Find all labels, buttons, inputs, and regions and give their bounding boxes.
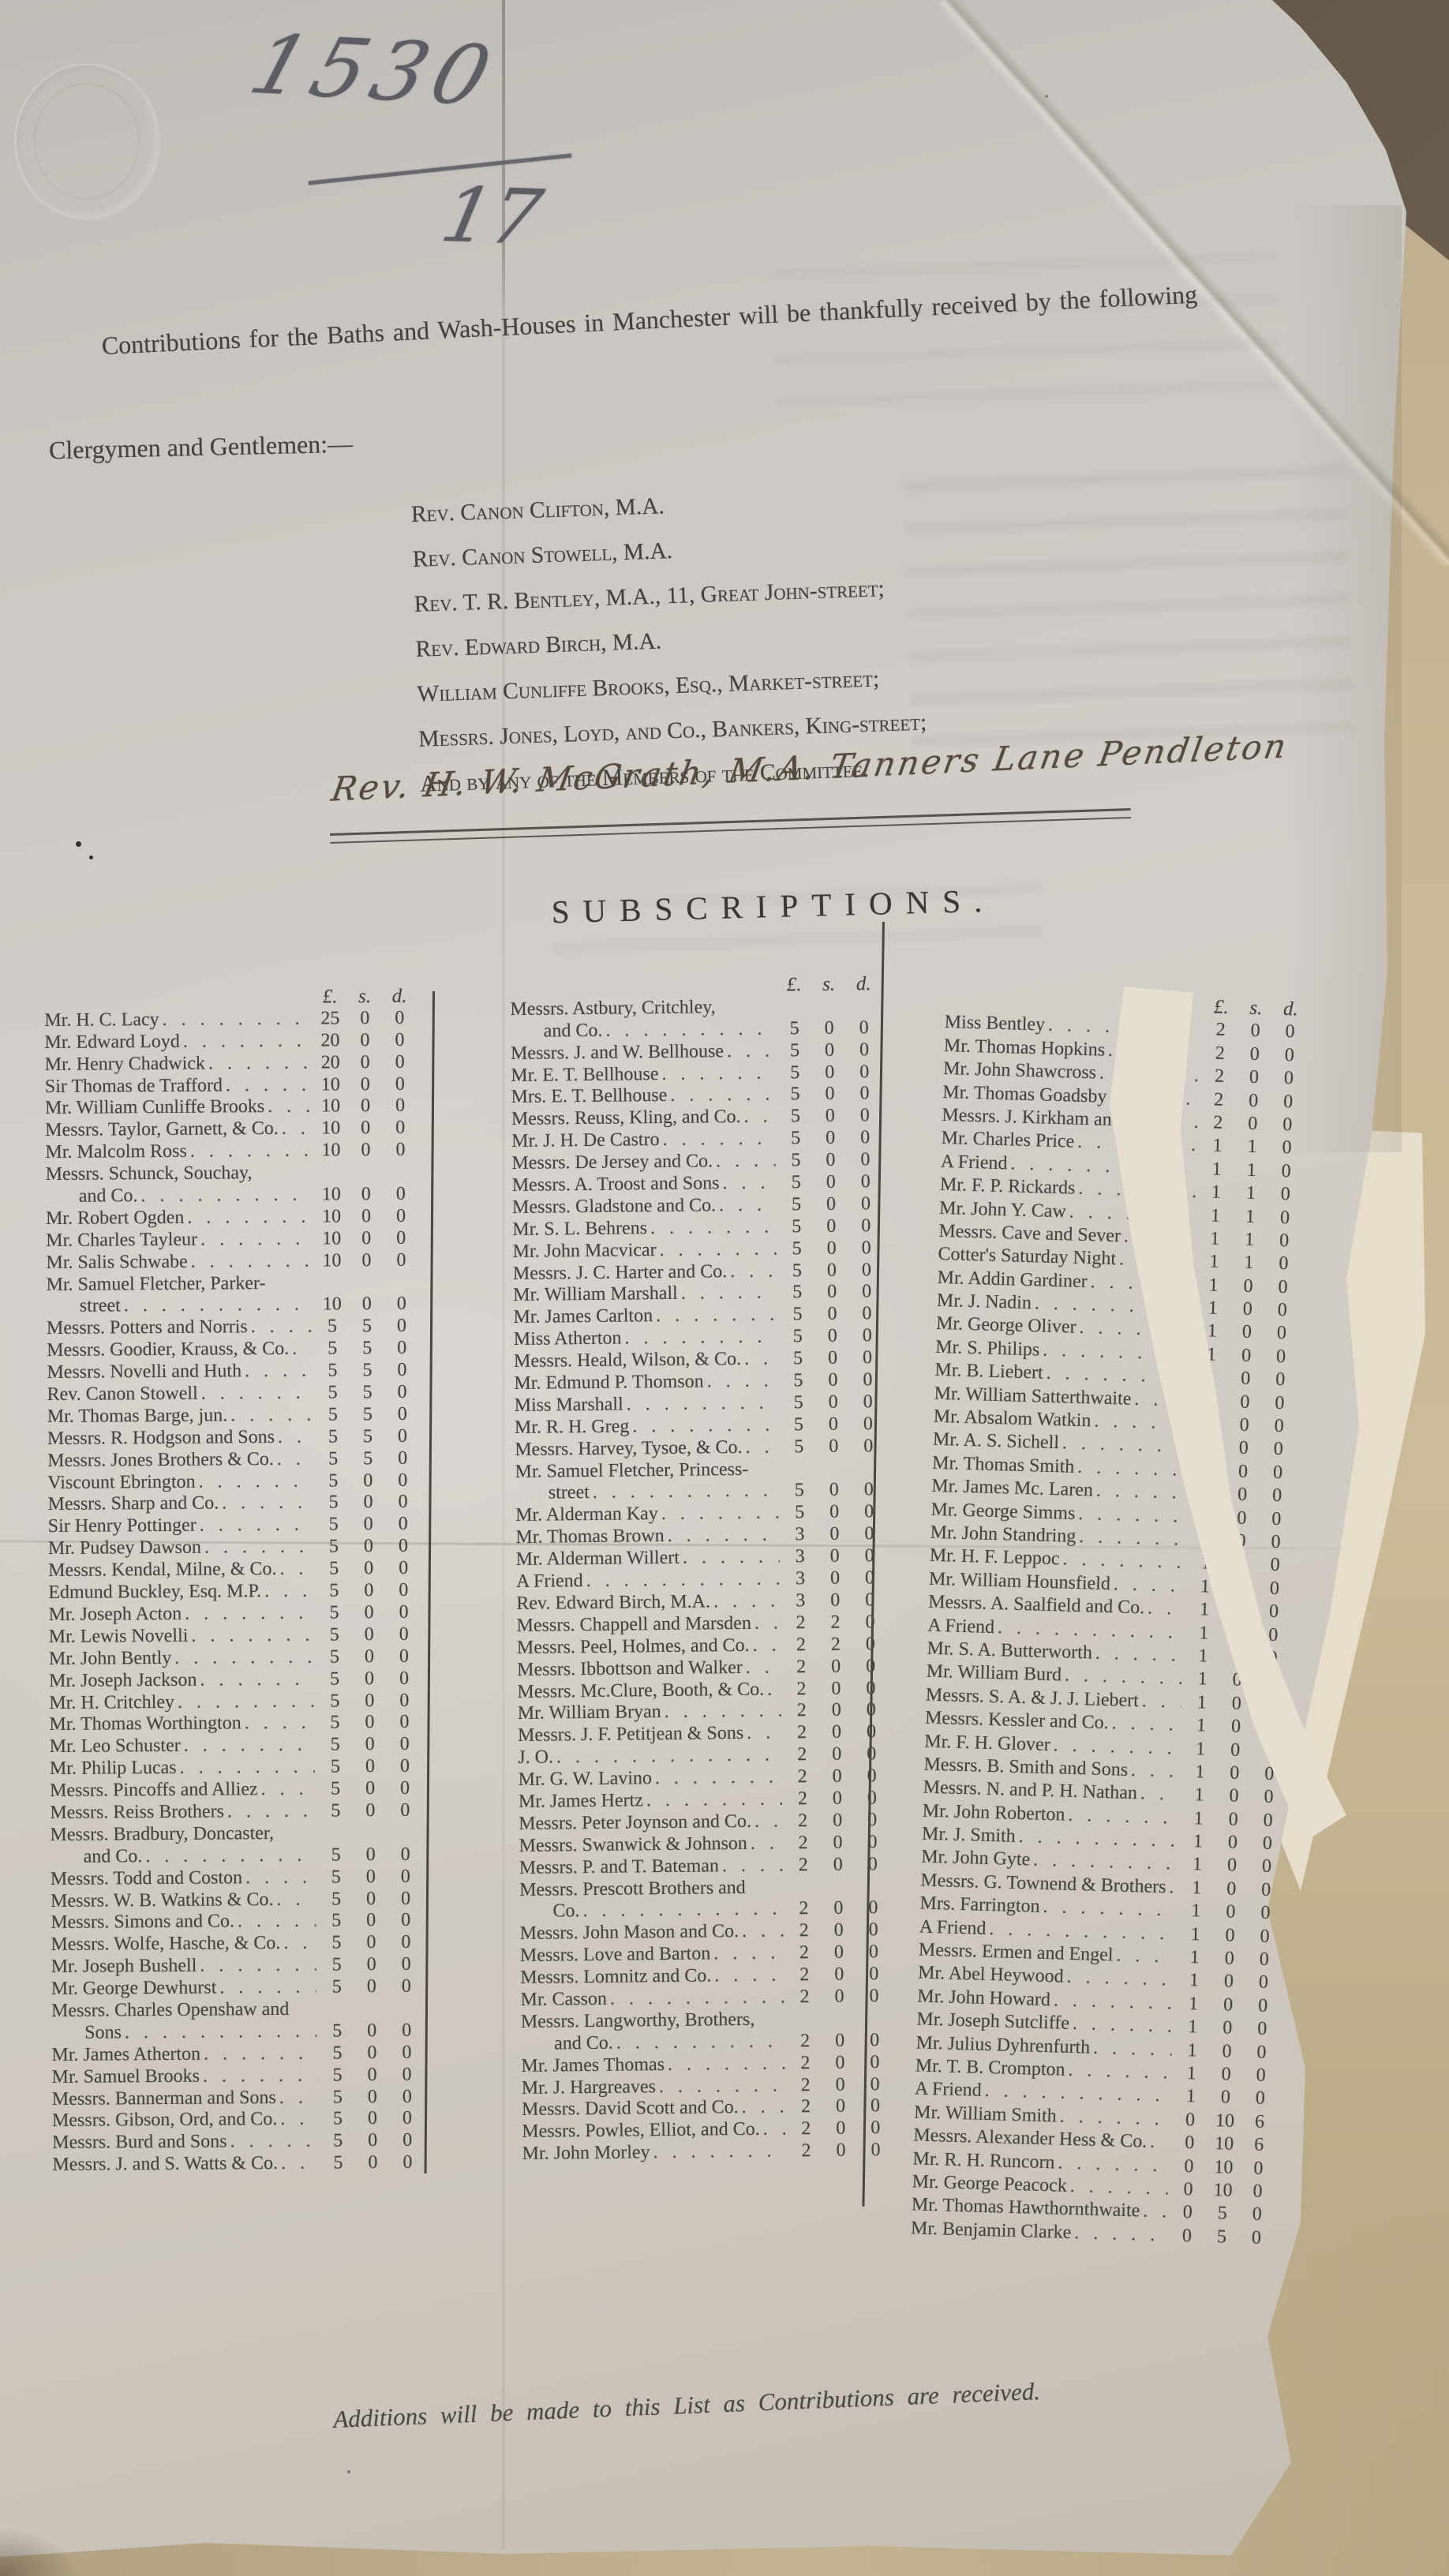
amount-pounds: 20: [313, 1052, 348, 1074]
subscriber-name: Messrs. Novelli and Huth: [47, 1361, 241, 1384]
dot-leader: . . . . . . . . . . . . . . . . . . . . …: [200, 1668, 314, 1691]
amount-pounds: 5: [319, 1889, 354, 1911]
subscription-row-continuation: and Co.. . . . . . . . . . . . . . . . .…: [46, 1184, 418, 1208]
amount-pounds: 5: [320, 2152, 355, 2174]
amount-pence: 0: [384, 1184, 418, 1206]
amount-shillings: 0: [1218, 1739, 1253, 1763]
amount-pounds: 1: [1182, 1761, 1218, 1785]
subscriber-name: Mr. Edmund P. Thomson: [514, 1371, 704, 1395]
subscription-row: Messrs. Sharp and Co.. . . . . . . . . .…: [47, 1492, 420, 1516]
subscriber-name: Mr. Salis Schwabe: [46, 1251, 188, 1274]
amount-pence: 0: [387, 1690, 421, 1712]
dot-leader: . . . . . . . . . . . . . . . . . . . . …: [1093, 2036, 1172, 2061]
amount-pence: 0: [1246, 1948, 1282, 1972]
amount-pounds: 1: [1183, 1737, 1219, 1762]
amount-pence: 0: [852, 1523, 886, 1545]
amount-pounds: 5: [781, 1436, 816, 1458]
amount-shillings: 0: [822, 1986, 856, 2008]
dot-leader: . . . . . . . . . . . . . . . . . . . . …: [1043, 1896, 1176, 1923]
amount-pounds: 5: [781, 1392, 816, 1414]
amount-pounds: 5: [779, 1194, 814, 1216]
amount-shillings: 0: [821, 1898, 856, 1920]
amount-shillings: 5: [1204, 2225, 1240, 2249]
amount-pounds: 0: [1170, 2201, 1205, 2226]
dot-leader: . . . . . . . . . . . . . . . . . . . . …: [245, 1361, 313, 1383]
amount-shillings: 0: [352, 1712, 387, 1734]
amount-pence: 0: [1242, 2087, 1278, 2111]
dot-leader: . . . . . . . . . . . . . . . . . . . . …: [767, 1679, 781, 1701]
dot-leader: . . . . . . . . . . . . . . . . . . . . …: [745, 1436, 778, 1458]
amount-pence: 0: [1267, 1206, 1303, 1230]
amount-pence: 0: [389, 1976, 424, 1998]
amount-pounds: 5: [320, 2042, 354, 2065]
subscriber-name: Messrs. Pincoffs and Alliez: [50, 1779, 258, 1803]
subscriber-name: Edmund Buckley, Esq. M.P.: [48, 1581, 261, 1604]
amount-pence: 0: [1258, 1530, 1294, 1555]
subscription-row: Mr. Thomas Barge, jun.. . . . . . . . . …: [47, 1404, 420, 1428]
amount-pounds: 2: [788, 2140, 823, 2162]
dot-leader: . . . . . . . . . . . . . . . . . . . . …: [763, 2119, 786, 2141]
amount-pence: 0: [1262, 1391, 1297, 1416]
amount-pence: 0: [1265, 1275, 1301, 1300]
subscriber-name: Mr. Malcolm Ross: [45, 1141, 187, 1164]
amount-pence: 0: [849, 1282, 884, 1304]
amount-shillings: 0: [348, 1052, 383, 1074]
amount-pence: 0: [852, 1589, 887, 1612]
subscriber-name: Messrs. J. C. Harter and Co.: [513, 1261, 728, 1286]
amount-shillings: 1: [1234, 1136, 1270, 1160]
amount-pence: 0: [387, 1668, 421, 1690]
subscriber-name: Messrs. A. Troost and Sons: [512, 1173, 720, 1197]
amount-shillings: 0: [820, 1788, 855, 1810]
amount-pounds: 5: [318, 1756, 353, 1778]
amount-pounds: 5: [319, 1933, 354, 1955]
amount-pounds: 5: [782, 1502, 817, 1524]
amount-pounds: 1: [1198, 1204, 1234, 1229]
amount-pounds: 5: [315, 1316, 350, 1339]
subscriber-name: Messrs. Peter Joynson and Co.: [519, 1811, 751, 1836]
subscriber-name: Messrs. Powles, Elliot, and Co.: [522, 2119, 760, 2144]
dot-leader: . . . . . . . . . . . . . . . . . . . . …: [245, 1866, 316, 1889]
subscriber-name: Mr. James Hertz: [519, 1790, 643, 1814]
subscription-row: Messrs. Simons and Co.. . . . . . . . . …: [51, 1910, 423, 1934]
dot-leader: . . . . . . . . . . . . . . . . . . . . …: [659, 1238, 776, 1261]
amount-shillings: 0: [814, 1282, 849, 1304]
amount-shillings: 0: [812, 1039, 847, 1061]
amount-pounds: 5: [778, 1128, 813, 1150]
subscription-row: Messrs. Goodier, Krauss, & Co.. . . . . …: [47, 1338, 419, 1362]
amount-pence: 0: [856, 1919, 891, 1941]
amount-pence: 0: [390, 2064, 425, 2086]
amount-pounds: 1: [1174, 2062, 1209, 2087]
amount-pence: 0: [384, 1316, 419, 1338]
amount-pence: 0: [1264, 1345, 1299, 1369]
subscriber-name: Mr. Samuel Brooks: [52, 2065, 200, 2088]
amount-pence: 0: [1269, 1136, 1305, 1161]
subscriber-name: Mr. S. Philips: [935, 1336, 1040, 1362]
subscription-row: Messrs. Potters and Norris. . . . . . . …: [47, 1316, 419, 1340]
amount-shillings: 0: [350, 1492, 385, 1514]
amount-pounds: 2: [784, 1744, 819, 1766]
dot-leader: . . . . . . . . . . . . . . . . . . . . …: [1095, 1642, 1182, 1668]
dot-leader: . . . . . . . . . . . . . . . . . . . . …: [292, 1339, 312, 1361]
subscriber-name: Messrs. Astbury, Critchley,: [510, 997, 715, 1021]
dot-leader: . . . . . . . . . . . . . . . . . . . . …: [616, 2031, 785, 2054]
amount-pence: 0: [1266, 1252, 1301, 1277]
subscriber-name: Messrs. R. Hodgson and Sons: [47, 1427, 275, 1451]
amount-shillings: 0: [818, 1656, 853, 1678]
amount-pence: 0: [854, 1743, 889, 1765]
amount-pence: 0: [851, 1436, 885, 1458]
dot-leader: . . . . . . . . . . . . . . . . . . . . …: [659, 2075, 785, 2099]
amount-pence: 6: [1242, 2110, 1278, 2135]
amount-shillings: 10: [1206, 2155, 1241, 2180]
amount-pence: 0: [382, 1029, 417, 1051]
amount-pounds: 2: [788, 2096, 823, 2118]
amount-pounds: 5: [315, 1339, 350, 1361]
subscriber-name: Mr. H. Critchley: [49, 1691, 174, 1714]
dot-leader: . . . . . . . . . . . . . . . . . . . . …: [681, 1282, 777, 1305]
amount-pence: 0: [1259, 1507, 1294, 1532]
amount-shillings: 0: [822, 1964, 856, 1986]
subscriber-name: Messrs. Bannerman and Sons: [52, 2087, 276, 2111]
amount-pounds: 5: [318, 1800, 353, 1822]
subscriber-name: Messrs. Reiss Brothers: [50, 1801, 224, 1824]
subscription-row: Mr. Pudsey Dawson. . . . . . . . . . . .…: [48, 1536, 421, 1560]
subscriber-name: Mr. B. Liebert: [934, 1359, 1043, 1385]
dot-leader: . . . . . . . . . . . . . . . . . . . . …: [1148, 1597, 1185, 1622]
amount-pence: 0: [390, 2152, 425, 2174]
amount-shillings: 0: [823, 2074, 858, 2096]
amount-pounds: 2: [1201, 1088, 1237, 1113]
amount-shillings: 0: [348, 1074, 383, 1096]
amount-pence: 0: [385, 1447, 420, 1470]
subscription-row: Messrs. W. B. Watkins & Co.. . . . . . .…: [51, 1888, 423, 1912]
amount-pounds: 5: [316, 1602, 351, 1624]
dot-leader: . . . . . . . . . . . . . . . . . . . . …: [203, 2065, 317, 2087]
amount-shillings: 0: [822, 2030, 857, 2052]
dot-leader: . . . . . . . . . . . . . . . . . . . . …: [1079, 1526, 1186, 1552]
dot-leader: . . . . . . . . . . . . . . . . . . . . …: [744, 1349, 777, 1371]
amount-shillings: 0: [355, 2152, 390, 2174]
dot-leader: . . . . . . . . . . . . . . . . . . . . …: [624, 1327, 777, 1350]
amount-shillings: 0: [355, 2087, 390, 2109]
amount-pounds: 5: [320, 2087, 355, 2109]
subscriber-name: Messrs. Jones Brothers & Co.: [47, 1449, 274, 1473]
dot-leader: . . . . . . . . . . . . . . . . . . . . …: [668, 1525, 780, 1548]
amount-shillings: 0: [1229, 1344, 1264, 1368]
amount-shillings: 0: [354, 1888, 388, 1910]
amount-pounds: 1: [1177, 1969, 1212, 1994]
amount-shillings: 0: [1236, 1089, 1271, 1114]
subscriber-name: Sir Thomas de Trafford: [45, 1075, 223, 1098]
subscription-column-1: £.s.d.Mr. H. C. Lacy. . . . . . . . . . …: [44, 986, 425, 2177]
embossed-seal: [14, 63, 159, 219]
amount-pounds: 5: [317, 1668, 352, 1690]
amount-shillings: 0: [1228, 1367, 1264, 1391]
dot-leader: . . . . . . . . . . . . . . . . . . . . …: [282, 1118, 311, 1140]
amount-pounds: 10: [313, 1074, 348, 1096]
dot-leader: . . . . . . . . . . . . . . . . . . . . …: [722, 1173, 776, 1196]
amount-pence: 0: [389, 1954, 424, 1976]
amount-pence: 0: [390, 2086, 425, 2108]
amount-pence: 0: [1264, 1299, 1300, 1324]
subscriber-name: Mr. Samuel Fletcher, Princess-: [515, 1458, 748, 1483]
dot-leader: . . . . . . . . . . . . . . . . . . . . …: [746, 1657, 781, 1679]
amount-pounds: 1: [1178, 1923, 1213, 1947]
subscription-row: Messrs. Kendal, Milne, & Co.. . . . . . …: [48, 1558, 421, 1582]
dot-leader: . . . . . . . . . . . . . . . . . . . . …: [245, 1713, 315, 1735]
subscription-row: Messrs. Taylor, Garnett, & Co.. . . . . …: [45, 1118, 417, 1142]
subscription-row: Messrs. J. and S. Watts & Co.. . . . . .…: [52, 2152, 425, 2177]
amount-pounds: 5: [315, 1360, 350, 1382]
amount-pence: 0: [1272, 1020, 1308, 1045]
dot-leader: . . . . . . . . . . . . . . . . . . . . …: [661, 1503, 780, 1526]
amount-pounds: 5: [320, 2109, 355, 2131]
amount-pounds: 5: [316, 1470, 350, 1492]
amount-shillings: 0: [354, 1844, 388, 1866]
subscription-row: Messrs. Todd and Coston. . . . . . . . .…: [51, 1866, 423, 1890]
subscriber-name-continued: and Co.: [521, 2032, 613, 2055]
amount-pounds: 2: [1202, 1065, 1237, 1089]
dot-leader: . . . . . . . . . . . . . . . . . . . . …: [716, 1151, 776, 1174]
bleedthrough-text-ghost: [903, 466, 1354, 765]
amount-shillings: 0: [352, 1624, 387, 1646]
amount-pence: 0: [847, 1017, 882, 1039]
subscriber-name: Messrs. Kendal, Milne, & Co.: [48, 1559, 277, 1582]
amount-shillings: 5: [350, 1426, 385, 1448]
subscriber-name: Messrs. Heald, Wilson, & Co.: [514, 1349, 741, 1373]
amount-pounds: 5: [319, 1844, 354, 1866]
dot-leader: . . . . . . . . . . . . . . . . . . . . …: [1074, 2222, 1166, 2248]
subscription-row: Mr. Joseph Jackson. . . . . . . . . . . …: [49, 1668, 421, 1692]
amount-pence: 0: [383, 1073, 417, 1095]
dot-leader: . . . . . . . . . . . . . . . . . . . . …: [1131, 1759, 1180, 1784]
amount-shillings: 0: [351, 1536, 386, 1558]
amount-pounds: 1: [1200, 1134, 1235, 1159]
amount-shillings: 0: [353, 1756, 388, 1778]
subscriber-name: Mr. G. W. Lavino: [519, 1768, 653, 1792]
amount-shillings: 0: [1235, 1112, 1271, 1136]
pence-header: d.: [846, 973, 881, 995]
amount-shillings: 0: [813, 1150, 848, 1172]
amount-shillings: 0: [816, 1436, 851, 1458]
shillings-header: s.: [811, 974, 846, 996]
subscriber-name: Mr. Alderman Willert: [516, 1548, 680, 1571]
dot-leader: . . . . . . . . . . . . . . . . . . . . …: [593, 1481, 779, 1504]
amount-pence: 0: [1246, 1971, 1282, 1996]
amount-pounds: 2: [1200, 1111, 1236, 1136]
dot-leader: . . . . . . . . . . . . . . . . . . . . …: [230, 2131, 317, 2154]
amount-pounds: 1: [1178, 1900, 1214, 1924]
amount-shillings: 0: [823, 2140, 858, 2162]
amount-pence: 0: [856, 1964, 891, 1986]
amount-pounds: 2: [787, 1920, 822, 1942]
amount-shillings: 10: [1207, 2110, 1243, 2134]
amount-shillings: 0: [1217, 1762, 1252, 1786]
dot-leader: . . . . . . . . . . . . . . . . . . . . …: [714, 1965, 784, 1988]
subscription-row-continuation: and Co.. . . . . . . . . . . . . . . . .…: [51, 1844, 423, 1868]
amount-shillings: 0: [352, 1690, 387, 1712]
subscriber-name: Mr. Alderman Kay: [515, 1503, 658, 1527]
subscription-row: Mr. Henry Chadwick. . . . . . . . . . . …: [45, 1051, 417, 1076]
amount-shillings: 0: [350, 1470, 385, 1492]
subscriber-name: Mr. Samuel Fletcher, Parker-: [47, 1273, 266, 1297]
amount-shillings: 0: [817, 1524, 852, 1546]
amount-pounds: 1: [1185, 1668, 1220, 1692]
amount-pounds: 2: [784, 1766, 819, 1788]
amount-shillings: 0: [348, 1140, 383, 1162]
amount-pence: 0: [852, 1480, 886, 1502]
amount-pounds: 5: [316, 1515, 351, 1537]
subscriber-name: Messrs. Chappell and Marsden: [516, 1613, 751, 1638]
subscriber-name: Messrs. Langworthy, Brothers,: [521, 2009, 755, 2034]
amount-pounds: 5: [315, 1382, 350, 1404]
dot-leader: . . . . . . . . . . . . . . . . . . . . …: [1116, 1945, 1174, 1969]
amount-pounds: 10: [313, 1118, 348, 1140]
amount-pence: 0: [856, 1941, 891, 1964]
subscriber-name: Messrs. Harvey, Tysoe, & Co.: [515, 1437, 743, 1462]
dot-leader: . . . . . . . . . . . . . . . . . . . . …: [1140, 1783, 1178, 1807]
dot-leader: . . . . . . . . . . . . . . . . . . . . …: [713, 1590, 781, 1613]
dot-leader: . . . . . . . . . . . . . . . . . . . . …: [627, 1392, 778, 1416]
amount-pence: 0: [1249, 1832, 1285, 1856]
subscription-row: Mr. Joseph Bushell. . . . . . . . . . . …: [51, 1954, 424, 1979]
amount-pounds: 1: [1181, 1807, 1216, 1831]
amount-pence: 0: [855, 1788, 889, 1810]
amount-pence: 0: [384, 1206, 418, 1228]
subscriber-name: Mr. J. H. De Castro: [511, 1129, 660, 1153]
dot-leader: . . . . . . . . . . . . . . . . . . . . …: [183, 1030, 310, 1053]
amount-pence: 0: [383, 1140, 417, 1162]
subscriber-name: Messrs. Love and Barton: [520, 1944, 711, 1968]
subscriber-name: Mr. John Morley: [522, 2142, 650, 2166]
amount-pence: 0: [385, 1470, 420, 1492]
subscriber-name: Mr. William Marshall: [513, 1283, 678, 1307]
embossed-seal-inner: [34, 83, 140, 200]
subscriber-name: Viscount Ebrington: [47, 1471, 195, 1494]
amount-pounds: 10: [314, 1184, 349, 1206]
dot-leader: . . . . . . . . . . . . . . . . . . . . …: [742, 2097, 786, 2119]
dot-leader: . . . . . . . . . . . . . . . . . . . . …: [632, 1414, 778, 1438]
amount-pence: 0: [1250, 1809, 1286, 1833]
dot-leader: . . . . . . . . . . . . . . . . . . . . …: [208, 1052, 310, 1075]
amount-pence: 0: [384, 1294, 419, 1316]
dot-leader: . . . . . . . . . . . . . . . . . . . . …: [719, 1194, 776, 1217]
amount-shillings: 0: [818, 1589, 852, 1612]
dot-leader: . . . . . . . . . . . . . . . . . . . . …: [1069, 2175, 1168, 2201]
amount-shillings: 5: [350, 1360, 384, 1382]
amount-pence: 0: [1270, 1114, 1305, 1138]
dot-leader: . . . . . . . . . . . . . . . . . . . . …: [179, 1757, 315, 1780]
subscriber-name: Mr. J. Smith: [922, 1823, 1016, 1849]
subscriber-name: Mr. H. C. Lacy: [44, 1009, 159, 1032]
dot-leader: . . . . . . . . . . . . . . . . . . . . …: [191, 1624, 314, 1647]
amount-shillings: 0: [353, 1800, 388, 1822]
amount-shillings: 0: [813, 1106, 848, 1128]
amount-shillings: 0: [821, 1854, 856, 1876]
amount-shillings: 0: [351, 1558, 386, 1580]
amount-pence: 0: [1260, 1438, 1296, 1462]
subscriber-name: Sir Henry Pottinger: [48, 1515, 197, 1538]
amount-pounds: 5: [781, 1370, 815, 1392]
shillings-header: s.: [347, 986, 382, 1008]
subscriber-name: Messrs. John Mason and Co.: [520, 1921, 739, 1945]
amount-shillings: 0: [812, 1017, 847, 1039]
subscriber-name-continued: Sons: [51, 2022, 122, 2045]
amount-pounds: 20: [313, 1030, 347, 1052]
amount-pence: 0: [852, 1612, 887, 1634]
amount-shillings: 0: [820, 1832, 855, 1854]
ink-speck: [347, 2470, 350, 2473]
subscriber-name-continued: and Co.: [511, 1020, 603, 1043]
amount-pounds: 5: [778, 1106, 813, 1128]
amount-pence: 0: [1271, 1067, 1307, 1091]
amount-shillings: 0: [1213, 1900, 1249, 1925]
amount-pence: 0: [384, 1382, 419, 1404]
subscriber-name: Messrs. J. and W. Bellhouse: [511, 1041, 724, 1065]
subscriber-name: Mr. F. H. Glover: [924, 1730, 1050, 1757]
subscriber-name: Messrs. Prescott Brothers and: [519, 1877, 746, 1901]
amount-pence: 0: [856, 1986, 891, 2008]
amount-shillings: 0: [1215, 1808, 1251, 1833]
amount-pence: 0: [857, 2030, 892, 2052]
amount-shillings: 1: [1231, 1252, 1267, 1276]
amount-shillings: 0: [815, 1348, 850, 1370]
amount-pounds: 5: [320, 1954, 354, 1976]
amount-shillings: 0: [1215, 1854, 1250, 1878]
subscription-row: Mr. Edward Loyd. . . . . . . . . . . . .…: [44, 1029, 417, 1054]
amount-pounds: 1: [1179, 1877, 1215, 1901]
amount-pounds: 10: [313, 1096, 348, 1118]
amount-pence: 0: [388, 1888, 423, 1910]
amount-pence: 0: [1260, 1485, 1295, 1509]
amount-pounds: 5: [778, 1150, 813, 1172]
dot-leader: . . . . . . . . . . . . . . . . . . . . …: [261, 1779, 316, 1801]
subscriber-name: Mr. William Cunliffe Brooks: [45, 1097, 264, 1121]
amount-shillings: 0: [817, 1502, 852, 1524]
amount-pounds: 1: [1181, 1830, 1216, 1855]
amount-pence: 0: [388, 1932, 423, 1954]
subscription-row: Messrs. Bannerman and Sons. . . . . . . …: [52, 2086, 425, 2110]
subscriber-name: Mr. William Burd: [926, 1661, 1061, 1687]
amount-pence: 0: [1268, 1159, 1304, 1184]
amount-shillings: 0: [819, 1722, 854, 1744]
amount-pence: 0: [850, 1347, 885, 1369]
amount-shillings: 0: [354, 1910, 388, 1932]
amount-pence: 0: [1247, 1925, 1282, 1949]
subscription-row: Mr. Malcolm Ross. . . . . . . . . . . . …: [45, 1140, 417, 1164]
pounds-header: £.: [313, 986, 347, 1008]
dot-leader: . . . . . . . . . . . . . . . . . . . . …: [1053, 1989, 1173, 2016]
amount-pence: 0: [385, 1492, 420, 1514]
amount-shillings: 0: [813, 1128, 848, 1150]
subscriber-name: Mr. James Atherton: [51, 2043, 200, 2066]
subscriber-name: J. O.: [518, 1747, 553, 1769]
subscriber-name: Messrs. Peel, Holmes, and Co.: [517, 1635, 750, 1660]
amount-shillings: 0: [818, 1546, 852, 1568]
amount-pence: 0: [386, 1514, 421, 1536]
amount-pounds: 2: [784, 1634, 818, 1657]
subscriber-name: Mr. J. Hargreaves: [522, 2076, 656, 2100]
amount-shillings: 0: [815, 1326, 850, 1348]
amount-shillings: 0: [1226, 1413, 1262, 1438]
subscription-row: Mr. George Dewhurst. . . . . . . . . . .…: [51, 1976, 424, 2001]
dot-leader: . . . . . . . . . . . . . . . . . . . . …: [653, 2141, 785, 2165]
amount-shillings: 0: [347, 1030, 382, 1052]
dot-leader: . . . . . . . . . . . . . . . . . . . . …: [751, 1833, 783, 1855]
amount-shillings: 0: [352, 1646, 387, 1668]
